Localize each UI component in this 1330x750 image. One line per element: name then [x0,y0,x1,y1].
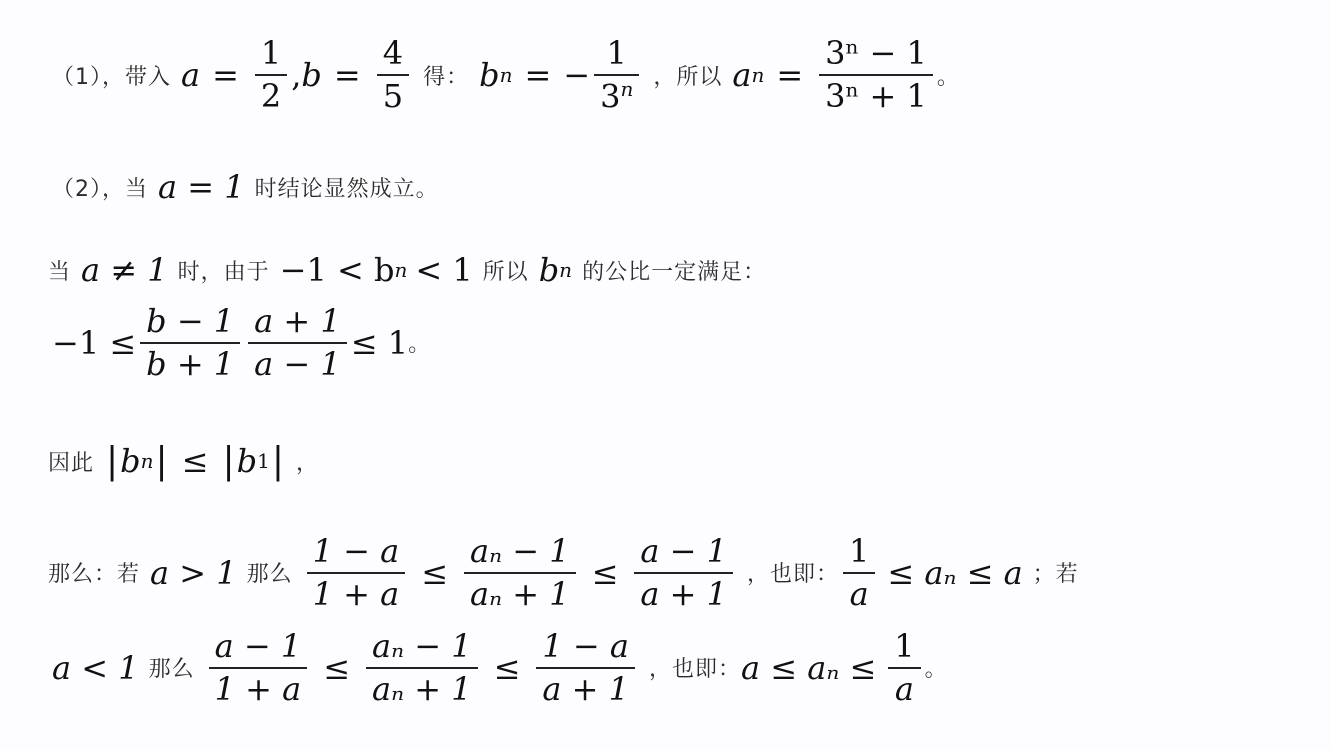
period: 。 [937,60,960,91]
fraction-a: 1 2 [255,35,287,115]
bn-symbol: bn [539,251,572,289]
part1-line: （1），带入 a= 1 2 , b= 4 5 得： bn =− 1 3n ，所以… [52,20,960,130]
a-not-one: a ≠ 1 [81,251,168,289]
case-a-less-1: a < 1 那么 a − 1 1 + a ≤ aₙ − 1 aₙ + 1 ≤ 1… [52,620,948,715]
case-a-greater-1: 那么：若 a > 1 那么 1 − a 1 + a ≤ aₙ − 1 aₙ + … [48,525,1079,620]
fraction-b-ratio: b − 1 b + 1 [140,303,240,383]
part2-label: （2），当 [52,172,148,203]
part2-text: 时结论显然成立。 [255,172,439,203]
fraction-b: 4 5 [377,35,409,115]
fraction-an: 3ⁿ − 1 3ⁿ + 1 [819,35,933,115]
part2-line: （2），当 a = 1 时结论显然成立。 [52,165,439,209]
de-text: 得： [423,60,469,91]
a-assignment: a= 1 2 , b= 4 5 [181,35,413,115]
part1-label: （1），带入 [52,60,171,91]
fraction-a-ratio: a + 1 a − 1 [248,303,347,383]
an-formula: an = 3ⁿ − 1 3ⁿ + 1 [732,35,937,115]
fraction-bn: 1 3n [594,35,639,115]
abs-inequality: 因此 |bn| ≤ |b1| ， [48,436,319,486]
a-equals-one: a = 1 [158,168,245,206]
bn-range: −1 < bn < 1 [280,251,473,289]
condition-line: 当 a ≠ 1 时，由于 −1 < bn < 1 所以 bn 的公比一定满足： [48,248,766,292]
ratio-inequality: −1 ≤ b − 1 b + 1 a + 1 a − 1 ≤ 1 。 [52,295,431,390]
suoyi-text: ，所以 [653,60,722,91]
bn-formula: bn =− 1 3n [479,35,643,115]
